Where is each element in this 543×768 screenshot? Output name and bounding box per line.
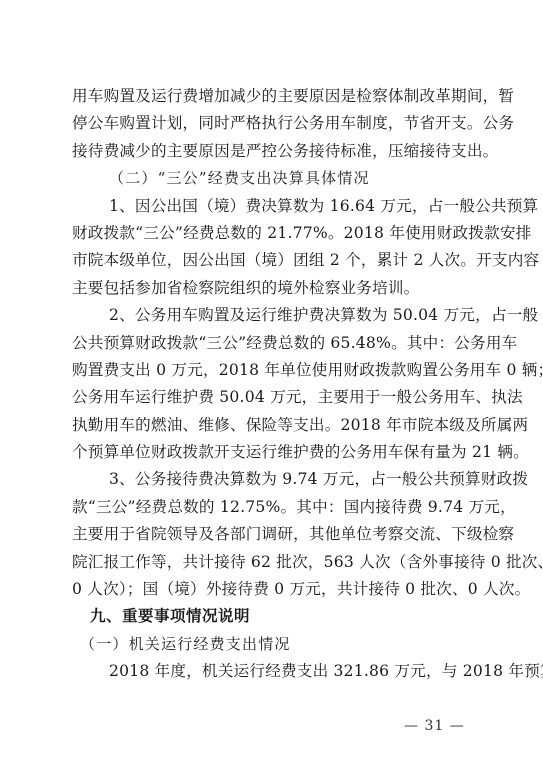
paragraph-line: 用车购置及运行费增加减少的主要原因是检察体制改革期间，暂 <box>72 83 476 110</box>
paragraph-line: 2018 年度，机关运行经费支出 321.86 万元，与 2018 年预算 <box>72 658 476 685</box>
paragraph-line: 1、因公出国（境）费决算数为 16.64 万元，占一般公共预算 <box>72 193 476 220</box>
paragraph-line: 主要用于省院领导及各部门调研，其他单位考察交流、下级检察 <box>72 521 476 548</box>
paragraph-line: 停公车购置计划，同时严格执行公务用车制度，节省开支。公务 <box>72 110 476 137</box>
paragraph-line: 2、公务用车购置及运行维护费决算数为 50.04 万元，占一般 <box>72 302 476 329</box>
section-heading: 九、重要事项情况说明 <box>72 603 476 630</box>
section-subheading: （二）“三公”经费支出决算具体情况 <box>72 165 476 192</box>
paragraph-line: 主要包括参加省检察院组织的境外检察业务培训。 <box>72 275 476 302</box>
document-body: 用车购置及运行费增加减少的主要原因是检察体制改革期间，暂 停公车购置计划，同时严… <box>72 83 476 686</box>
paragraph-line: 公务用车运行维护费 50.04 万元，主要用于一般公务用车、执法 <box>72 384 476 411</box>
paragraph-line: 0 人次）；国（境）外接待费 0 万元，共计接待 0 批次、0 人次。 <box>72 576 476 603</box>
paragraph-line: 3、公务接待费决算数为 9.74 万元，占一般公共预算财政拨 <box>72 466 476 493</box>
paragraph-line: 财政拨款“三公”经费总数的 21.77%。2018 年使用财政拨款安排 <box>72 220 476 247</box>
paragraph-line: 执勤用车的燃油、维修、保险等支出。2018 年市院本级及所属两 <box>72 412 476 439</box>
paragraph-line: 院汇报工作等，共计接待 62 批次，563 人次（含外事接待 0 批次、 <box>72 549 476 576</box>
paragraph-line: 接待费减少的主要原因是严控公务接待标准，压缩接待支出。 <box>72 138 476 165</box>
page-number: — 31 — <box>404 718 465 734</box>
paragraph-line: 个预算单位财政拨款开支运行维护费的公务用车保有量为 21 辆。 <box>72 439 476 466</box>
paragraph-line: 款“三公”经费总数的 12.75%。其中：国内接待费 9.74 万元， <box>72 494 476 521</box>
paragraph-line: 市院本级单位，因公出国（境）团组 2 个，累计 2 人次。开支内容 <box>72 247 476 274</box>
section-subheading: （一）机关运行经费支出情况 <box>72 631 476 658</box>
paragraph-line: 公共预算财政拨款“三公”经费总数的 65.48%。其中：公务用车 <box>72 330 476 357</box>
paragraph-line: 购置费支出 0 万元，2018 年单位使用财政拨款购置公务用车 0 辆； <box>72 357 476 384</box>
